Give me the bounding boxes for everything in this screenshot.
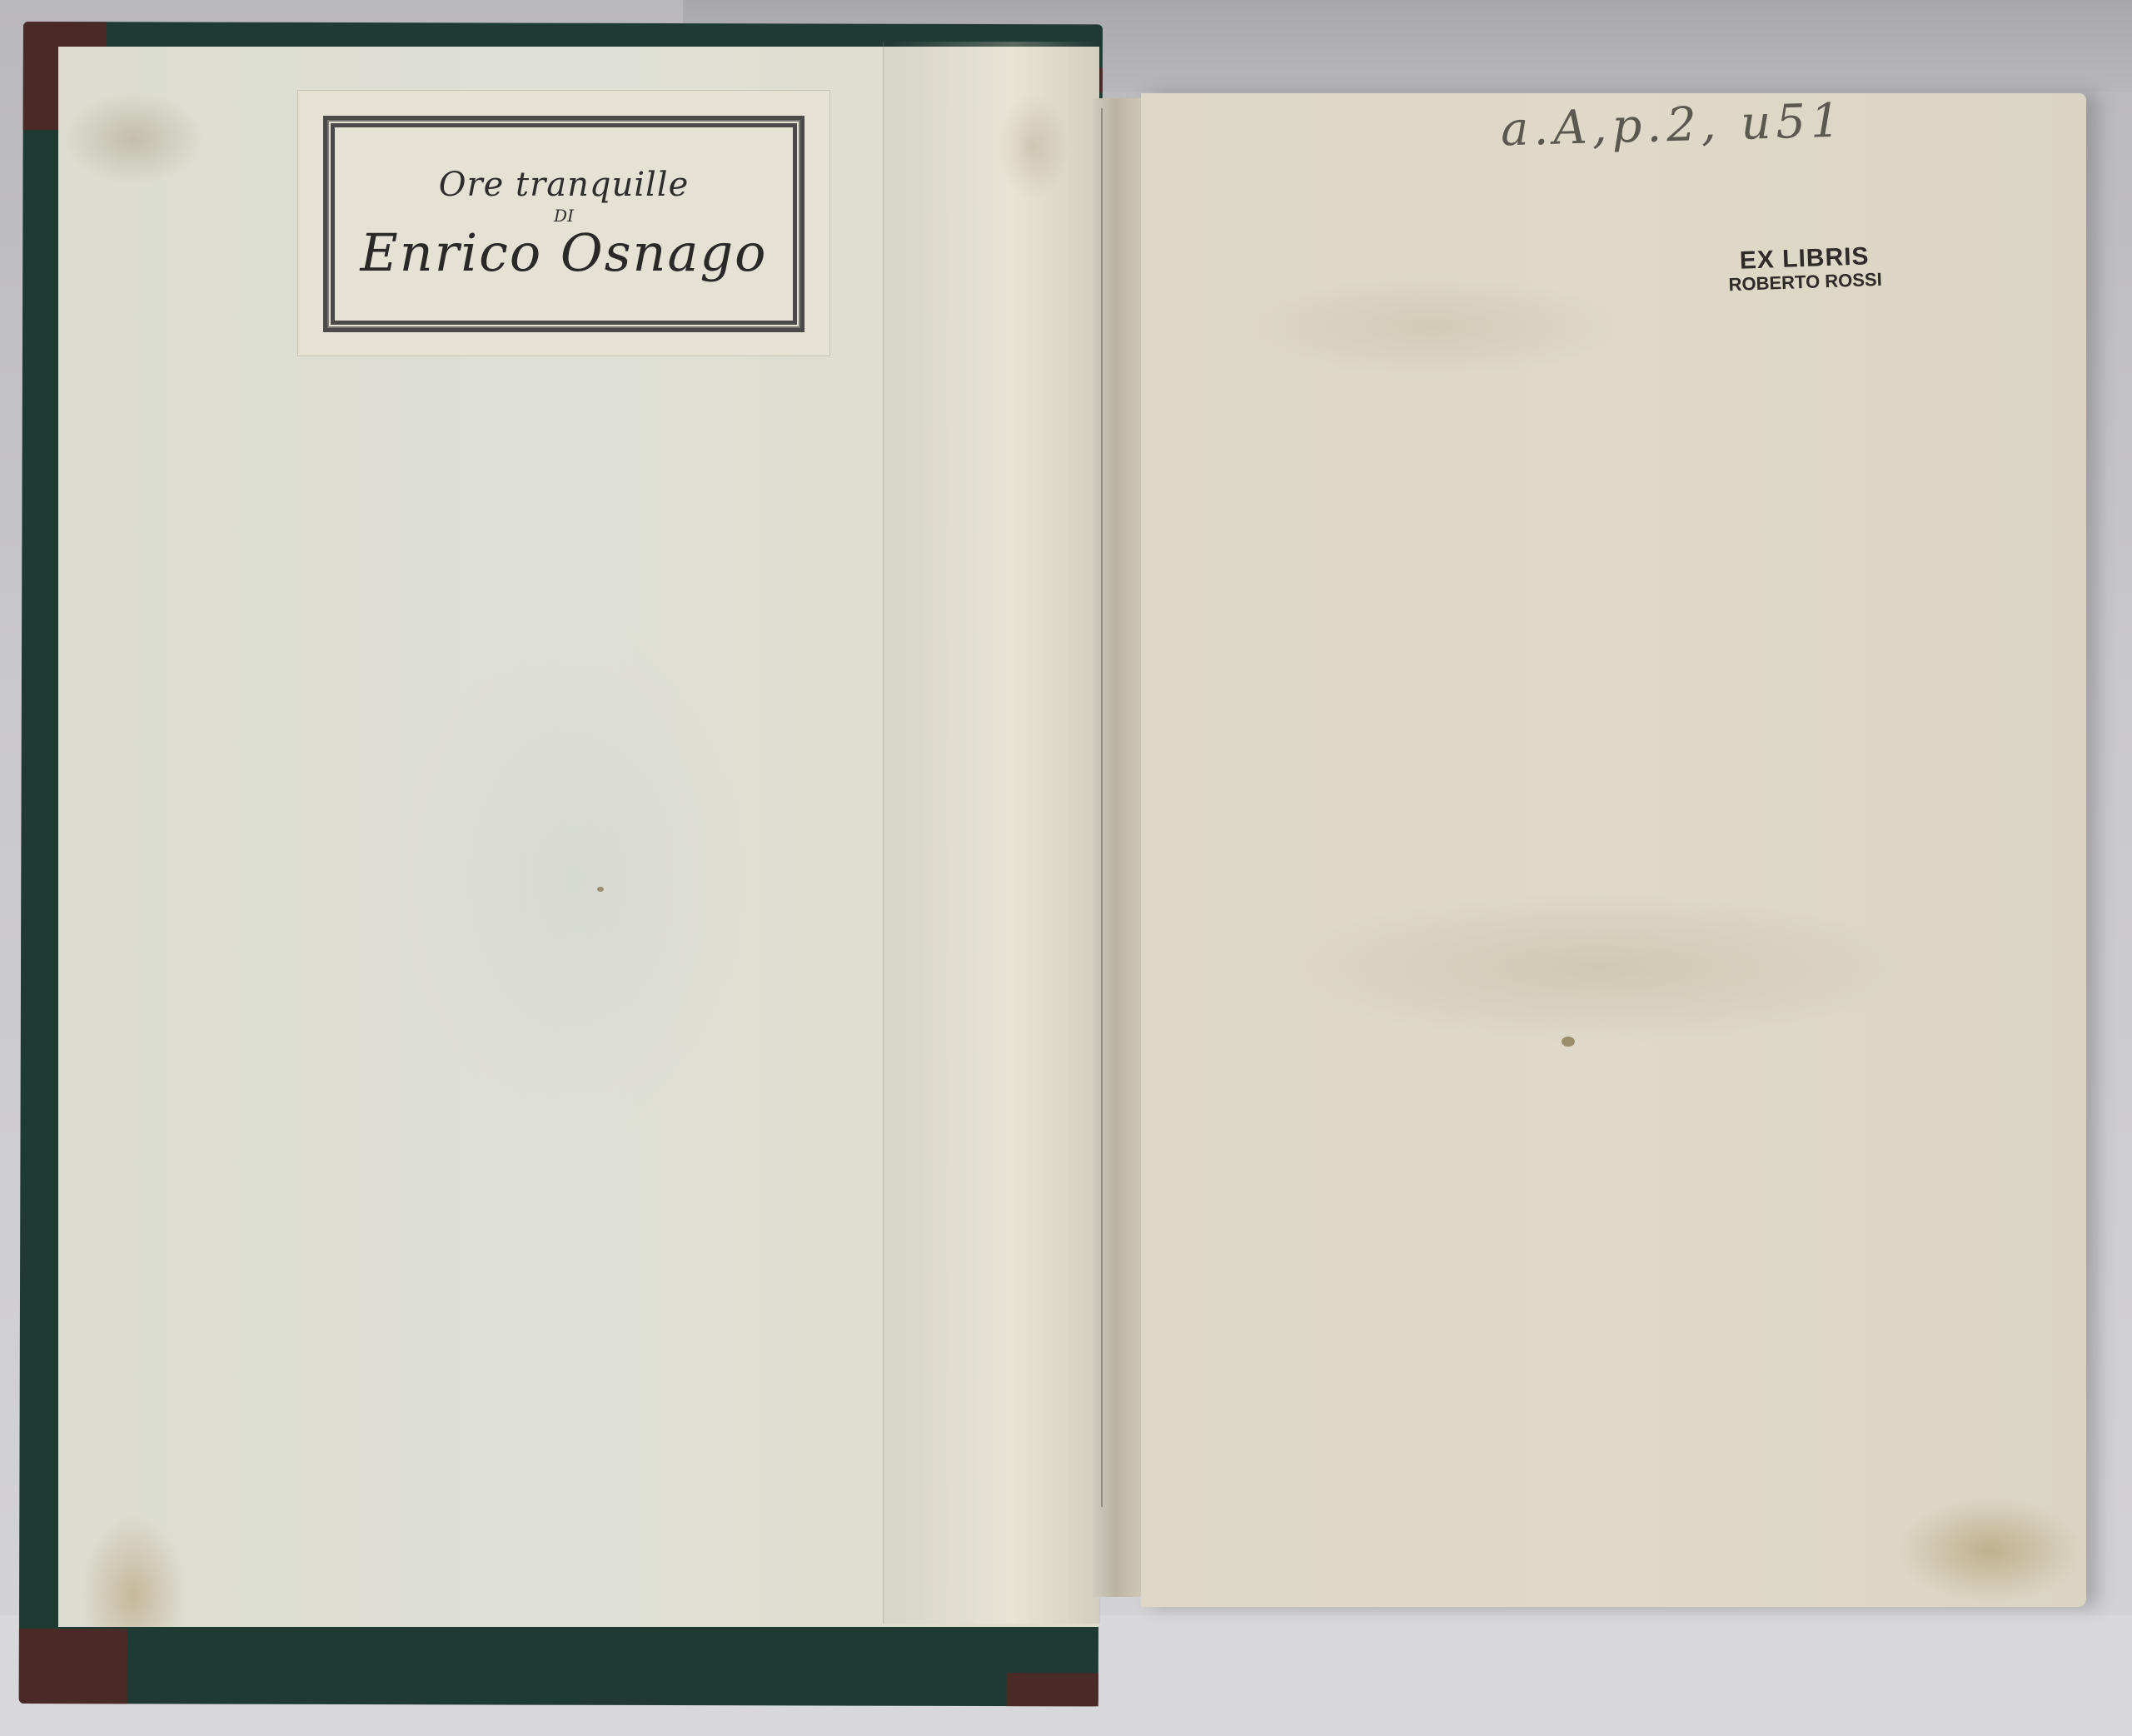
leather-corner-bottom-right	[1007, 1673, 1098, 1706]
handwritten-shelfmark: a.A,p.2, u51	[1500, 94, 1846, 157]
leather-corner-bottom-left	[19, 1629, 127, 1704]
hinge-strip	[883, 42, 1100, 1624]
flyleaf-page	[1141, 93, 2086, 1607]
bookplate: Ore tranquille DI Enrico Osnago	[297, 90, 830, 356]
bookplate-owner: Enrico Osnago	[361, 222, 768, 283]
bookplate-title: Ore tranquille	[439, 166, 690, 204]
foxing-spot	[597, 887, 604, 892]
ex-libris-stamp: EX LIBRIS ROBERTO ROSSI	[1727, 243, 1882, 294]
gutter-crease	[1101, 108, 1103, 1507]
foxing-spot	[1562, 1037, 1575, 1047]
bookplate-ornamental-frame: Ore tranquille DI Enrico Osnago	[323, 116, 804, 332]
